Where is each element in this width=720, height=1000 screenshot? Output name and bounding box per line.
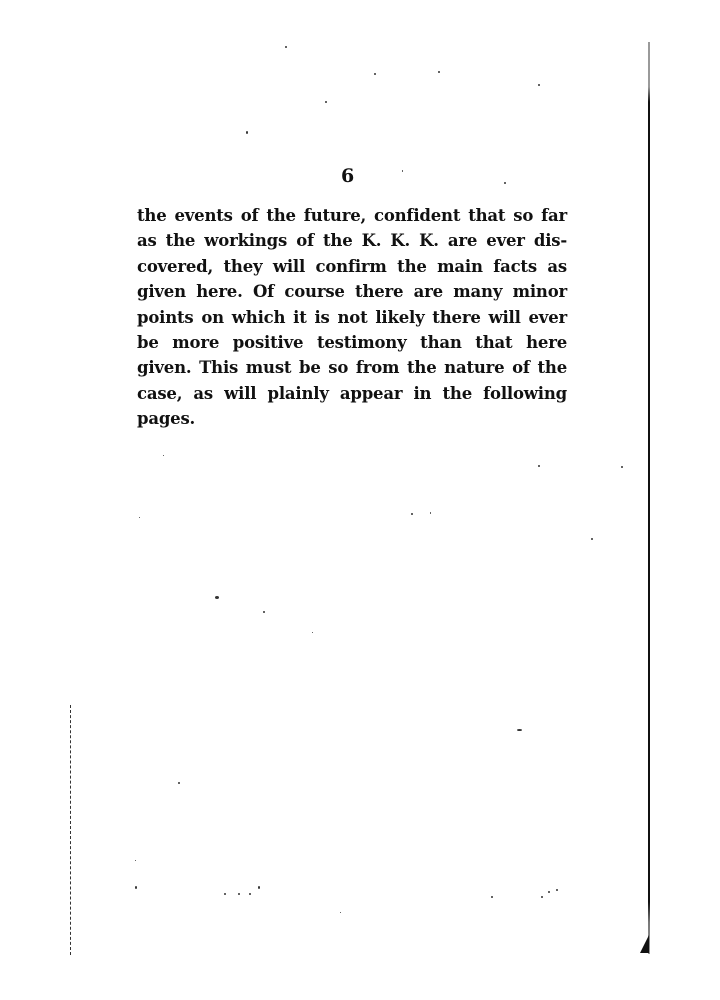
speck — [139, 517, 140, 518]
speck — [258, 886, 260, 889]
text-line: covered, they will confirm the main fact… — [137, 254, 567, 279]
speck — [163, 455, 164, 456]
speck — [178, 782, 180, 784]
speck — [246, 131, 248, 134]
speck — [538, 465, 540, 467]
speck — [215, 596, 219, 599]
speck — [340, 912, 341, 913]
speck — [517, 729, 522, 731]
page-number: 6 — [341, 165, 354, 187]
speck — [325, 101, 327, 103]
speck — [135, 860, 136, 861]
text-line: given here. Of course there are many min… — [137, 279, 567, 304]
text-line: as the workings of the K. K. K. are ever… — [137, 228, 567, 253]
text-line: points on which it is not likely there w… — [137, 305, 567, 330]
speck — [541, 896, 543, 898]
speck — [556, 889, 558, 891]
speck — [402, 170, 403, 172]
speck — [438, 71, 440, 73]
text-line: the events of the future, confident that… — [137, 203, 567, 228]
body-paragraph: the events of the future, confident that… — [137, 203, 567, 432]
speck — [591, 538, 593, 540]
speck — [538, 84, 540, 86]
speck — [312, 632, 313, 633]
text-line: case, as will plainly appear in the foll… — [137, 381, 567, 406]
speck — [491, 896, 493, 898]
speck — [548, 891, 550, 893]
speck — [374, 73, 376, 75]
left-margin-dashed-line — [70, 705, 71, 955]
text-line: pages. — [137, 406, 567, 431]
speck — [263, 611, 265, 613]
page-edge-border — [648, 42, 650, 954]
speck — [285, 46, 287, 48]
speck — [135, 886, 137, 889]
speck — [430, 512, 431, 514]
text-line: given. This must be so from the nature o… — [137, 355, 567, 380]
speck — [411, 513, 413, 515]
speck — [504, 182, 506, 184]
text-line: be more positive testimony than that her… — [137, 330, 567, 355]
page-edge-corner — [640, 935, 649, 953]
speck — [621, 466, 623, 468]
speck — [224, 893, 226, 895]
speck — [238, 893, 240, 895]
speck — [249, 893, 251, 895]
